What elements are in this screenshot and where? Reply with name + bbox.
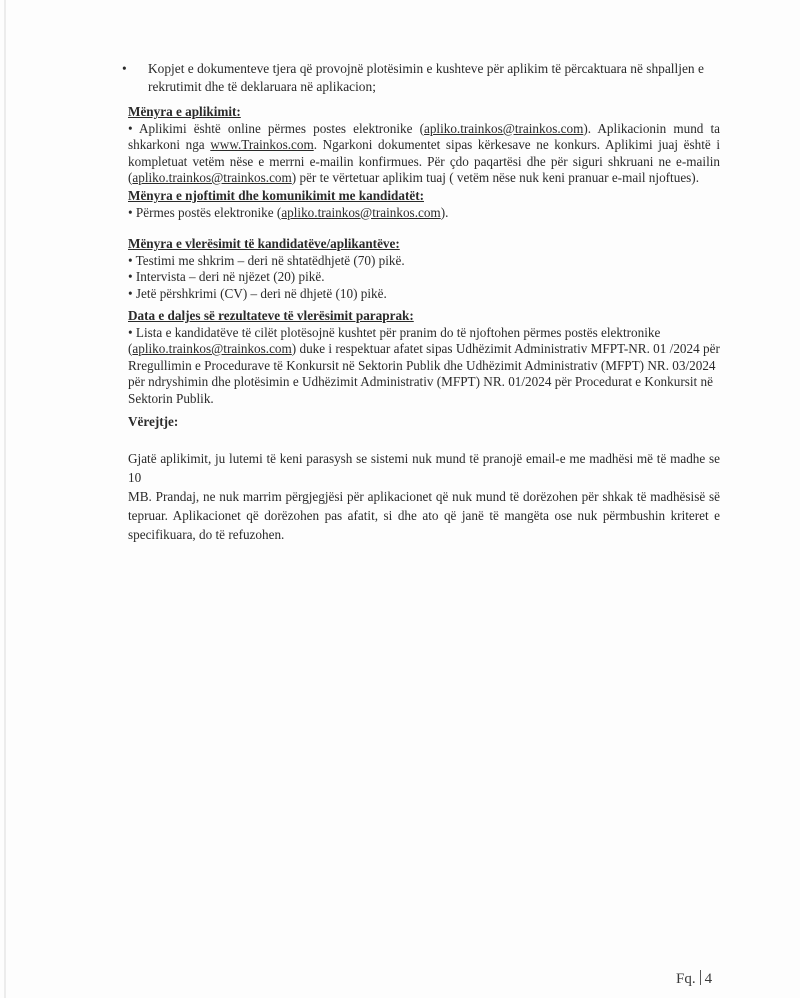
page-number: 4 <box>705 971 713 987</box>
text: ) për te vërtetuar aplikim tuaj ( vetëm … <box>292 170 699 185</box>
text: ). <box>441 205 449 220</box>
results-line-3: Rregullimin e Procedurave të Konkursit n… <box>128 358 720 375</box>
page-label: Fq. <box>676 971 696 987</box>
email-link[interactable]: apliko.trainkos@trainkos.com <box>132 170 291 185</box>
application-line-4: (apliko.trainkos@trainkos.com) për te vë… <box>128 170 720 187</box>
results-section: Data e daljes së rezultateve të vlerësim… <box>128 308 720 407</box>
text: • Aplikimi është online përmes postes el… <box>128 121 424 136</box>
results-line-4: për ndryshimin dhe plotësimin e Udhëzimi… <box>128 374 720 391</box>
email-link[interactable]: apliko.trainkos@trainkos.com <box>132 341 291 356</box>
results-line-1: • Lista e kandidatëve të cilët plotësojn… <box>128 325 720 342</box>
evaluation-item-written-test: • Testimi me shkrim – deri në shtatëdhje… <box>128 253 720 270</box>
website-link[interactable]: www.Trainkos.com <box>210 137 313 152</box>
document-page: • Kopjet e dokumenteve tjera që provojnë… <box>0 0 800 998</box>
application-line-2: shkarkoni nga www.Trainkos.com. Ngarkoni… <box>128 137 720 154</box>
remarks-line-1: Gjatë aplikimit, ju lutemi të keni paras… <box>128 449 720 487</box>
results-line-5: Sektorin Publik. <box>128 391 720 408</box>
application-heading: Mënyra e aplikimit: <box>128 104 720 121</box>
evaluation-section: Mënyra e vlerësimit të kandidatëve/aplik… <box>128 236 720 302</box>
email-link[interactable]: apliko.trainkos@trainkos.com <box>281 205 440 220</box>
text: shkarkoni nga <box>128 137 210 152</box>
notification-section: Mënyra e njoftimit dhe komunikimit me ka… <box>128 188 720 221</box>
documents-bullet: • Kopjet e dokumenteve tjera që provojnë… <box>122 60 712 96</box>
results-line-2: (apliko.trainkos@trainkos.com) duke i re… <box>128 341 720 358</box>
footer-separator <box>700 970 701 985</box>
documents-bullet-line-2: rekrutimit dhe të deklaruara në aplikaci… <box>148 78 712 96</box>
remarks-line-2: MB. Prandaj, ne nuk marrim përgjegjësi p… <box>128 487 720 506</box>
remarks-section: Vërejtje: Gjatë aplikimit, ju lutemi të … <box>128 414 720 544</box>
notification-line-1: • Përmes postës elektronike (apliko.trai… <box>128 205 720 222</box>
evaluation-item-interview: • Intervista – deri në njëzet (20) pikë. <box>128 269 720 286</box>
text: . Ngarkoni dokumentet sipas kërkesave ne… <box>314 137 720 152</box>
text: • Përmes postës elektronike ( <box>128 205 281 220</box>
text: ). Aplikacionin mund ta <box>583 121 720 136</box>
results-heading: Data e daljes së rezultateve të vlerësim… <box>128 308 720 325</box>
text: ) duke i respektuar afatet sipas Udhëzim… <box>292 341 720 356</box>
documents-bullet-line-1: Kopjet e dokumenteve tjera që provojnë p… <box>148 60 712 78</box>
application-line-1: • Aplikimi është online përmes postes el… <box>128 121 720 138</box>
page-footer: Fq.4 <box>676 970 712 988</box>
application-line-3: kompletuat vetëm nëse e merrni e-mailin … <box>128 154 720 171</box>
remarks-line-3: tepruar. Aplikacionet që dorëzohen pas a… <box>128 506 720 525</box>
bullet-dot: • <box>122 60 127 78</box>
evaluation-item-cv: • Jetë përshkrimi (CV) – deri në dhjetë … <box>128 286 720 303</box>
notification-heading: Mënyra e njoftimit dhe komunikimit me ka… <box>128 188 720 205</box>
remarks-heading: Vërejtje: <box>128 414 720 431</box>
email-link[interactable]: apliko.trainkos@trainkos.com <box>424 121 583 136</box>
evaluation-heading: Mënyra e vlerësimit të kandidatëve/aplik… <box>128 236 720 253</box>
application-section: Mënyra e aplikimit: • Aplikimi është onl… <box>128 104 720 187</box>
remarks-line-4: specifikuara, do të refuzohen. <box>128 525 720 544</box>
